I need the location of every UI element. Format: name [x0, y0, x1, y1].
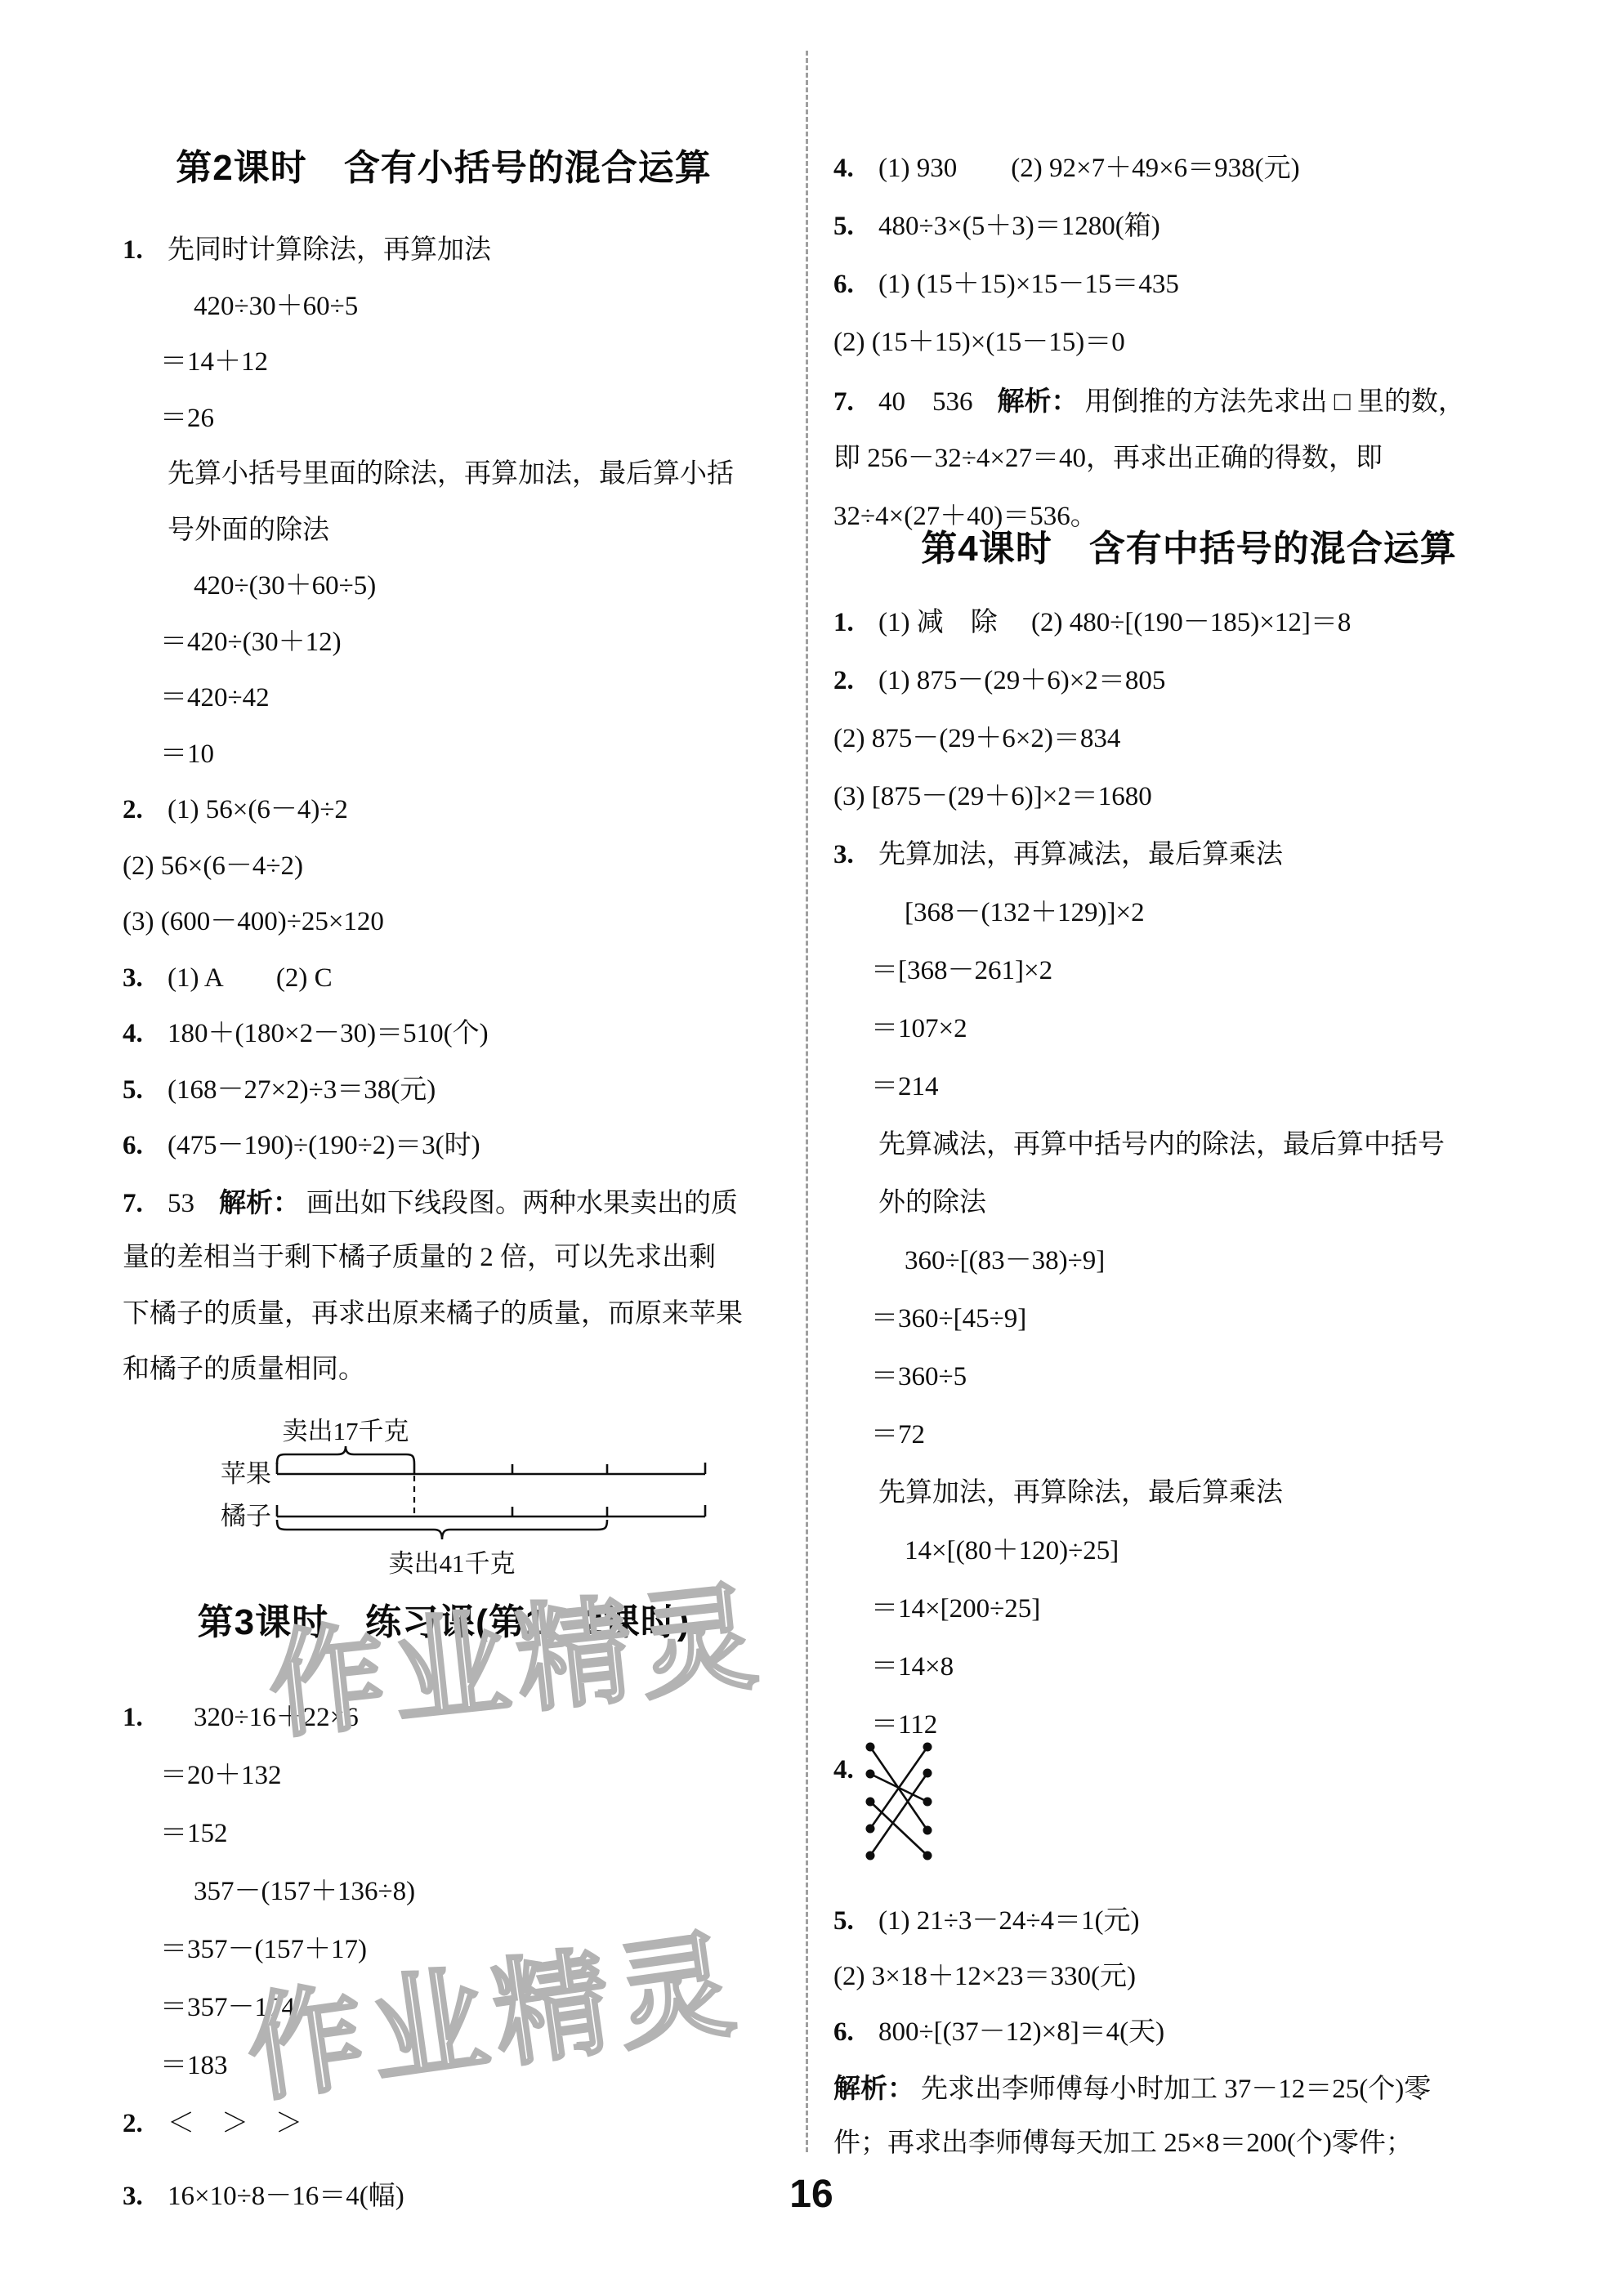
lesson4-title: 第4课时 含有中括号的混合运算 [817, 529, 1561, 569]
item-number: 4. [833, 154, 878, 185]
answer-text: 420÷(30＋60÷5) [194, 571, 376, 601]
answer-line: ＝112 [833, 1710, 937, 1741]
answer-text: ＝420÷42 [160, 683, 270, 712]
answer-line: (2) 56×(6－4÷2) [123, 851, 303, 882]
item-number: 3. [833, 840, 878, 871]
answer-text: (1) A (2) C [168, 963, 333, 993]
answer-line: 6.(475－190)÷(190÷2)＝3(时) [123, 1131, 480, 1162]
answer-text: 先算加法，再算减法，最后算乘法 [878, 840, 1283, 869]
orange-bar [277, 1505, 705, 1517]
answer-line: 先算加法，再算除法，最后算乘法 [833, 1478, 1283, 1509]
item-number: 7. [123, 1189, 168, 1220]
answer-text: ＝360÷[45÷9] [871, 1304, 1026, 1333]
answer-text: ＝152 [160, 1819, 228, 1848]
answer-line: 420÷30＋60÷5 [123, 292, 358, 323]
item-number: 3. [123, 2182, 168, 2213]
answer-text: 32÷4×(27＋40)＝536。 [833, 502, 1097, 531]
answer-text: 先算小括号里面的除法，再算加法，最后算小括 [168, 459, 734, 489]
watermark-text: 作业精灵 [235, 1890, 750, 2124]
answer-line: ＝107×2 [833, 1014, 967, 1045]
answer-line: ＝10 [123, 739, 214, 771]
answer-text: ＝360÷5 [871, 1362, 967, 1391]
answer-text: (1) 875－(29＋6)×2＝805 [878, 666, 1165, 695]
answer-line: ＝360÷[45÷9] [833, 1304, 1026, 1335]
answer-line: ＝360÷5 [833, 1362, 967, 1393]
top-brace [277, 1446, 414, 1464]
answer-text: 和橘子的质量相同。 [123, 1355, 365, 1384]
item-number: 5. [833, 1906, 878, 1937]
matching-dots [866, 1743, 932, 1860]
answer-text: ＝[368－261]×2 [871, 956, 1052, 985]
answer-line: 14×[(80＋120)÷25] [833, 1536, 1119, 1567]
answer-line: 外的除法 [833, 1188, 986, 1219]
analysis-label: 解析： [998, 386, 1079, 416]
answer-text: (1) 减 除 (2) 480÷[(190－185)×12]＝8 [878, 608, 1351, 637]
answer-line: 5.(1) 21÷3－24÷4＝1(元) [833, 1906, 1139, 1937]
answer-line: 解析：先求出李师傅每小时加工 37－12＝25(个)零 [833, 2073, 1431, 2106]
answer-line: ＝152 [123, 1819, 228, 1850]
answer-text: ＝214 [871, 1072, 939, 1101]
answer-text: (1) 21÷3－24÷4＝1(元) [878, 1906, 1139, 1936]
answer-line: (3) [875－(29＋6)]×2＝1680 [833, 782, 1152, 813]
page-number: 16 [766, 2172, 856, 2217]
item-number: 1. [123, 1703, 168, 1734]
item-number: 2. [833, 666, 878, 697]
item-number: 1. [123, 235, 168, 266]
answer-line: [368－(132＋129)]×2 [833, 898, 1145, 929]
item-number: 2. [123, 795, 168, 826]
answer-text: 先算减法，再算中括号内的除法，最后算中括号 [878, 1130, 1445, 1159]
answer-text: ＝183 [160, 2051, 228, 2080]
answer-text: (1) 930 (2) 92×7＋49×6＝938(元) [878, 154, 1300, 183]
answer-text: 16×10÷8－16＝4(幅) [168, 2182, 404, 2211]
answer-text: 14×[(80＋120)÷25] [905, 1536, 1119, 1566]
answer-text: (2) 3×18＋12×23＝330(元) [833, 1962, 1136, 1991]
answer-line: 360÷[(83－38)÷9] [833, 1246, 1105, 1277]
answer-line: ＝14×[200÷25] [833, 1594, 1040, 1625]
answer-text: 号外面的除法 [168, 516, 329, 545]
answer-text: 180＋(180×2－30)＝510(个) [168, 1019, 489, 1048]
answer-line: ＝14＋12 [123, 347, 268, 378]
answer-text: (2) 875－(29＋6×2)＝834 [833, 724, 1120, 753]
orange-row-label: 橘子 [221, 1502, 271, 1530]
answer-line: 4.(1) 930 (2) 92×7＋49×6＝938(元) [833, 154, 1300, 185]
answer-text: (3) [875－(29＋6)]×2＝1680 [833, 782, 1152, 811]
answer-text: 800÷[(37－12)×8]＝4(天) [878, 2017, 1164, 2047]
answer-line: ＝72 [833, 1420, 925, 1451]
apple-bar [277, 1463, 705, 1474]
answer-line: 2.(1) 875－(29＋6)×2＝805 [833, 666, 1165, 697]
answer-line: 先算小括号里面的除法，再算加法，最后算小括 [123, 459, 734, 490]
answer-line: 2.(1) 56×(6－4)÷2 [123, 795, 348, 826]
answer-line: 5.480÷3×(5＋3)＝1280(箱) [833, 212, 1160, 243]
answer-line: 5.(168－27×2)÷3＝38(元) [123, 1075, 436, 1106]
answer-text: 360÷[(83－38)÷9] [905, 1246, 1105, 1275]
answer-text: ＝112 [871, 1710, 937, 1740]
answer-text: 下橘子的质量，再求出原来橘子的质量，而原来苹果 [123, 1299, 743, 1329]
answer-line: 3.先算加法，再算减法，最后算乘法 [833, 840, 1283, 871]
item-number: 7. [833, 387, 878, 418]
answer-text: 用倒推的方法先求出 □ 里的数， [1085, 387, 1465, 417]
analysis-label: 解析： [219, 1187, 300, 1217]
answer-line: ＝214 [833, 1072, 939, 1103]
answer-text: (2) 56×(6－4÷2) [123, 851, 303, 881]
answer-line: 量的差相当于剩下橘子质量的 2 倍，可以先求出剩 [123, 1243, 716, 1274]
answer-text: (3) (600－400)÷25×120 [123, 907, 384, 936]
item-number: 6. [123, 1131, 168, 1162]
item-number: 4. [123, 1019, 168, 1050]
answer-text: 先求出李师傅每小时加工 37－12＝25(个)零 [921, 2075, 1431, 2104]
answer-line: 1.先同时计算除法，再算加法 [123, 235, 491, 266]
answer-text: ＝10 [160, 739, 214, 769]
item-number: 3. [123, 963, 168, 994]
bottom-brace [277, 1520, 607, 1539]
answer-line: 即 256－32÷4×27＝40，再求出正确的得数，即 [833, 444, 1383, 475]
answer-value: 40 536 [878, 387, 973, 417]
answer-text: 画出如下线段图。两种水果卖出的质 [306, 1189, 738, 1218]
answer-line: 1.(1) 减 除 (2) 480÷[(190－185)×12]＝8 [833, 608, 1351, 639]
answer-line: 和橘子的质量相同。 [123, 1355, 365, 1386]
answer-text: ＝14×8 [871, 1652, 954, 1682]
answer-line: 先算减法，再算中括号内的除法，最后算中括号 [833, 1130, 1445, 1161]
answer-value: 53 [168, 1189, 194, 1218]
answer-line: ＝14×8 [833, 1652, 954, 1683]
answer-text: 480÷3×(5＋3)＝1280(箱) [878, 212, 1160, 241]
answer-line: 件；再求出李师傅每天加工 25×8＝200(个)零件； [833, 2128, 1413, 2160]
answer-line: 357－(157＋136÷8) [123, 1877, 415, 1908]
answer-line: 7.40 536解析：用倒推的方法先求出 □ 里的数， [833, 386, 1465, 418]
segment-diagram-top-label: 卖出17千克 [283, 1417, 409, 1445]
answer-text: 即 256－32÷4×27＝40，再求出正确的得数，即 [833, 444, 1383, 473]
answer-line: ＝420÷42 [123, 683, 270, 714]
answer-text: (168－27×2)÷3＝38(元) [168, 1075, 436, 1105]
answer-text: (1) 56×(6－4)÷2 [168, 795, 348, 824]
answer-line: 号外面的除法 [123, 516, 329, 547]
answer-line: ＝[368－261]×2 [833, 956, 1052, 987]
answer-line: 7.53解析：画出如下线段图。两种水果卖出的质 [123, 1187, 738, 1220]
answer-line: ＝420÷(30＋12) [123, 628, 342, 659]
matching-lines [870, 1747, 927, 1856]
lesson2-title: 第2课时 含有小括号的混合运算 [82, 149, 806, 188]
column-divider [806, 51, 808, 2152]
item-number: 2. [123, 2109, 168, 2140]
item-number: 1. [833, 608, 878, 639]
answer-text: ＝72 [871, 1420, 925, 1450]
answer-text: ＝107×2 [871, 1014, 967, 1043]
answer-text: 量的差相当于剩下橘子质量的 2 倍，可以先求出剩 [123, 1243, 716, 1272]
answer-line: (3) (600－400)÷25×120 [123, 907, 384, 938]
answer-line: (2) 3×18＋12×23＝330(元) [833, 1962, 1136, 1993]
answer-line: 下橘子的质量，再求出原来橘子的质量，而原来苹果 [123, 1299, 743, 1330]
answer-line: (2) (15＋15)×(15－15)＝0 [833, 328, 1125, 359]
answer-line: 6.800÷[(37－12)×8]＝4(天) [833, 2017, 1164, 2048]
answer-line: 3.16×10÷8－16＝4(幅) [123, 2182, 404, 2213]
answer-line: 3.(1) A (2) C [123, 963, 333, 994]
answer-text: (475－190)÷(190÷2)＝3(时) [168, 1131, 480, 1160]
apple-row-label: 苹果 [221, 1459, 271, 1488]
answer-line: ＝20＋132 [123, 1761, 282, 1792]
answer-text: ＝26 [160, 404, 214, 433]
answer-text: (2) (15＋15)×(15－15)＝0 [833, 328, 1125, 357]
answer-text: 420÷30＋60÷5 [194, 292, 358, 321]
workbook-answer-page: 第2课时 含有小括号的混合运算 第3课时 练习课(第1、2课时) 第4课时 含有… [0, 0, 1613, 2296]
answer-text: 先算加法，再算除法，最后算乘法 [878, 1478, 1283, 1508]
item-number: 6. [833, 270, 878, 301]
answer-line: ＝26 [123, 404, 214, 435]
answer-line: 420÷(30＋60÷5) [123, 571, 376, 602]
answer-line: 6.(1) (15＋15)×15－15＝435 [833, 270, 1179, 301]
answer-text: [368－(132＋129)]×2 [905, 898, 1145, 927]
answer-text: ＝420÷(30＋12) [160, 628, 342, 657]
answer-text: ＝14＋12 [160, 347, 268, 377]
analysis-label: 解析： [833, 2073, 914, 2103]
item-number: 6. [833, 2017, 878, 2048]
answer-text: ＝20＋132 [160, 1761, 282, 1790]
answer-text: 357－(157＋136÷8) [194, 1877, 415, 1906]
answer-text: 外的除法 [878, 1188, 986, 1217]
answer-line: ＝183 [123, 2051, 228, 2082]
answer-text: 件；再求出李师傅每天加工 25×8＝200(个)零件； [833, 2128, 1413, 2158]
item-number: 5. [833, 212, 878, 243]
matching-diagram [856, 1739, 954, 1874]
item-number: 5. [123, 1075, 168, 1106]
answer-text: 先同时计算除法，再算加法 [168, 235, 491, 265]
answer-line: 32÷4×(27＋40)＝536。 [833, 502, 1097, 533]
answer-line: 4.180＋(180×2－30)＝510(个) [123, 1019, 489, 1050]
answer-line: (2) 875－(29＋6×2)＝834 [833, 724, 1120, 755]
answer-text: (1) (15＋15)×15－15＝435 [878, 270, 1179, 299]
answer-text: ＝14×[200÷25] [871, 1594, 1040, 1624]
